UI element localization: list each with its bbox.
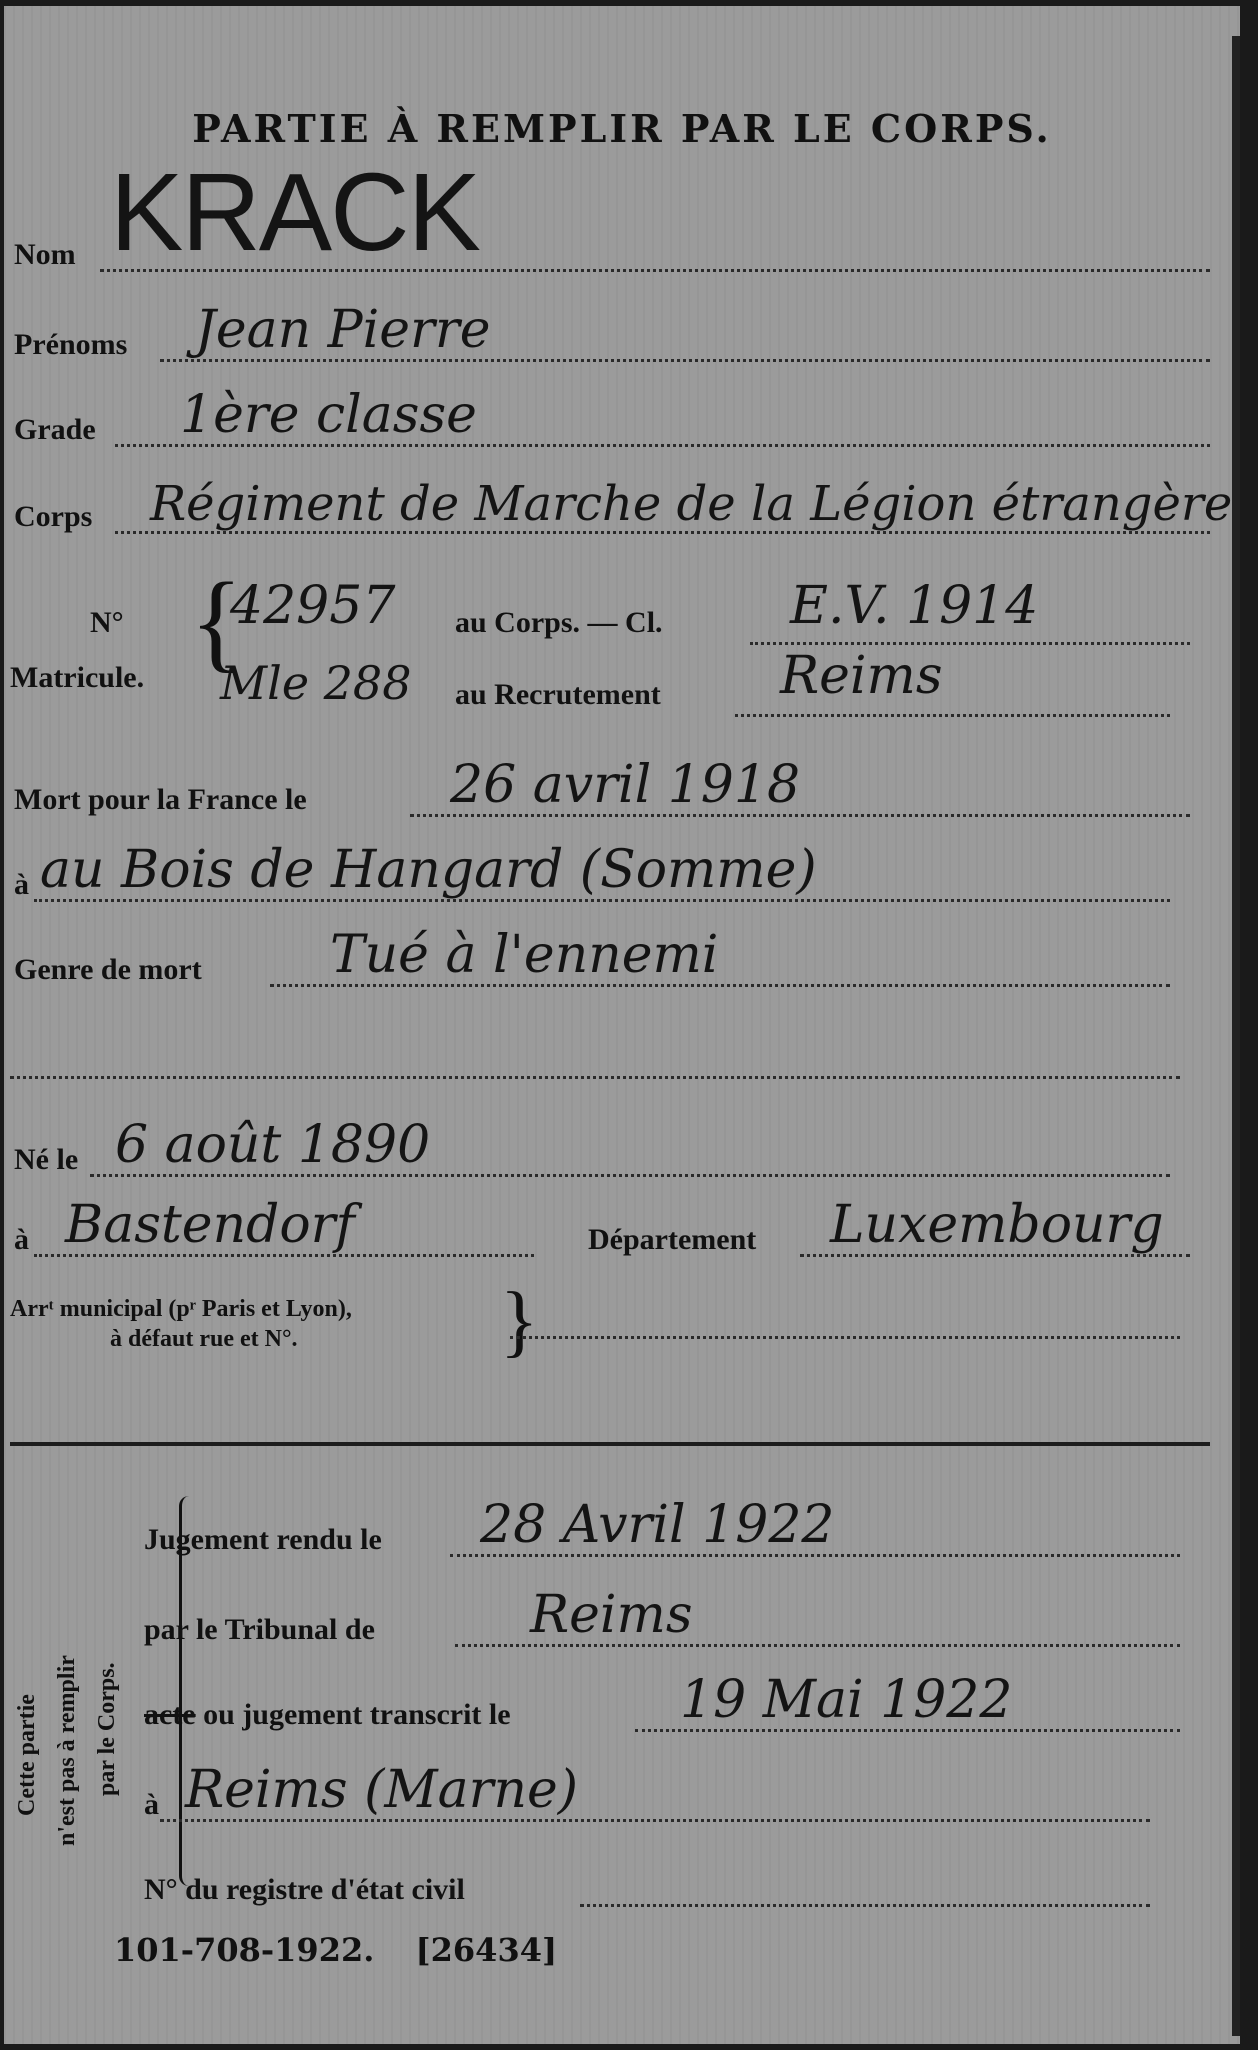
field-grade: Grade 1ère classe: [10, 391, 1210, 451]
dotted-line: [510, 1336, 1180, 1339]
mort-lieu-value: au Bois de Hangard (Somme): [40, 840, 817, 900]
transcrit-value: 19 Mai 1922: [680, 1670, 1012, 1730]
field-arrondissement: Arrᵗ municipal (pʳ Paris et Lyon), à déf…: [10, 1286, 1210, 1386]
recrutement-label: au Recrutement: [455, 678, 661, 712]
field-transcrit: acte ou jugement transcrit le 19 Mai 192…: [10, 1676, 1210, 1736]
field-nom: Nom KRACK: [10, 216, 1210, 276]
field-prenoms: Prénoms Jean Pierre: [10, 306, 1210, 366]
genre-mort-label: Genre de mort: [14, 953, 202, 987]
brace: }: [500, 1276, 538, 1367]
recrutement-value: Reims: [780, 646, 943, 706]
mort-date-value: 26 avril 1918: [450, 755, 800, 815]
matricule-label: Matricule.: [10, 661, 144, 695]
blank-dotted-line: [10, 1076, 1180, 1079]
field-genre-mort: Genre de mort Tué à l'ennemi: [10, 931, 1210, 991]
grade-value: 1ère classe: [180, 385, 477, 445]
classe-value: E.V. 1914: [790, 576, 1038, 636]
prenoms-value: Jean Pierre: [195, 300, 491, 360]
ne-lieu-value: Bastendorf: [65, 1195, 355, 1255]
ne-lieu-label: à: [14, 1223, 29, 1257]
jugement-rendu-label: Jugement rendu le: [144, 1523, 382, 1557]
jugement-rendu-value: 28 Avril 1922: [480, 1495, 835, 1555]
form-title: PARTIE À REMPLIR PAR LE CORPS.: [4, 106, 1240, 151]
transcrit-label: acte ou jugement transcrit le: [144, 1698, 511, 1732]
field-ne-lieu: à Bastendorf Département Luxembourg: [10, 1201, 1210, 1261]
field-mort-date: Mort pour la France le 26 avril 1918: [10, 761, 1210, 821]
dotted-line: [750, 642, 1190, 645]
nom-label: Nom: [14, 238, 76, 272]
prenoms-label: Prénoms: [14, 328, 127, 362]
field-ne-le: Né le 6 août 1890: [10, 1121, 1210, 1181]
corps-label: Corps: [14, 500, 92, 534]
transcrit-struck-label: acte: [144, 1698, 196, 1731]
transcrit-label-text: ou jugement transcrit le: [196, 1698, 511, 1731]
form-code: 101-708-1922.: [114, 1931, 374, 1969]
corps-value: Régiment de Marche de la Légion étrangèr…: [150, 476, 1232, 532]
tribunal-value: Reims: [530, 1585, 693, 1645]
tribunal-label: par le Tribunal de: [144, 1613, 375, 1647]
death-record-card: PARTIE À REMPLIR PAR LE CORPS. Nom KRACK…: [4, 6, 1240, 2044]
departement-value: Luxembourg: [830, 1195, 1164, 1255]
no-label: N°: [90, 606, 124, 640]
arrondissement-label-line2: à défaut rue et N°.: [110, 1326, 298, 1353]
grade-label: Grade: [14, 413, 96, 447]
mort-lieu-label: à: [14, 868, 29, 902]
field-mort-lieu: à au Bois de Hangard (Somme): [10, 846, 1210, 906]
card-edge: [1232, 36, 1240, 2036]
transcrit-lieu-label: à: [144, 1788, 159, 1822]
section-separator: [10, 1442, 1210, 1446]
field-transcrit-lieu: à Reims (Marne): [10, 1766, 1210, 1826]
field-tribunal: par le Tribunal de Reims: [10, 1591, 1210, 1651]
dotted-line: [580, 1904, 1150, 1907]
arrondissement-label-line1: Arrᵗ municipal (pʳ Paris et Lyon),: [10, 1296, 352, 1323]
au-corps-label: au Corps. — Cl.: [455, 606, 663, 640]
genre-mort-value: Tué à l'ennemi: [330, 925, 718, 985]
registre-label: N° du registre d'état civil: [144, 1873, 465, 1907]
ne-le-label: Né le: [14, 1143, 78, 1177]
mort-date-label: Mort pour la France le: [14, 783, 307, 817]
dotted-line: [735, 714, 1170, 717]
nom-value: KRACK: [110, 149, 479, 276]
form-footer: 101-708-1922. [26434]: [114, 1931, 557, 1969]
recrutement-number: Mle 288: [220, 656, 411, 710]
corps-number: 42957: [230, 576, 395, 636]
matricule-block: N° Matricule. { 42957 au Corps. — Cl. E.…: [10, 566, 1210, 736]
field-registre: N° du registre d'état civil: [10, 1851, 1210, 1911]
departement-label: Département: [588, 1223, 756, 1257]
transcrit-lieu-value: Reims (Marne): [185, 1760, 578, 1820]
ne-le-value: 6 août 1890: [115, 1115, 430, 1175]
form-ref: [26434]: [416, 1931, 558, 1969]
field-jugement-rendu: Jugement rendu le 28 Avril 1922: [10, 1501, 1210, 1561]
field-corps: Corps Régiment de Marche de la Légion ét…: [10, 478, 1210, 538]
